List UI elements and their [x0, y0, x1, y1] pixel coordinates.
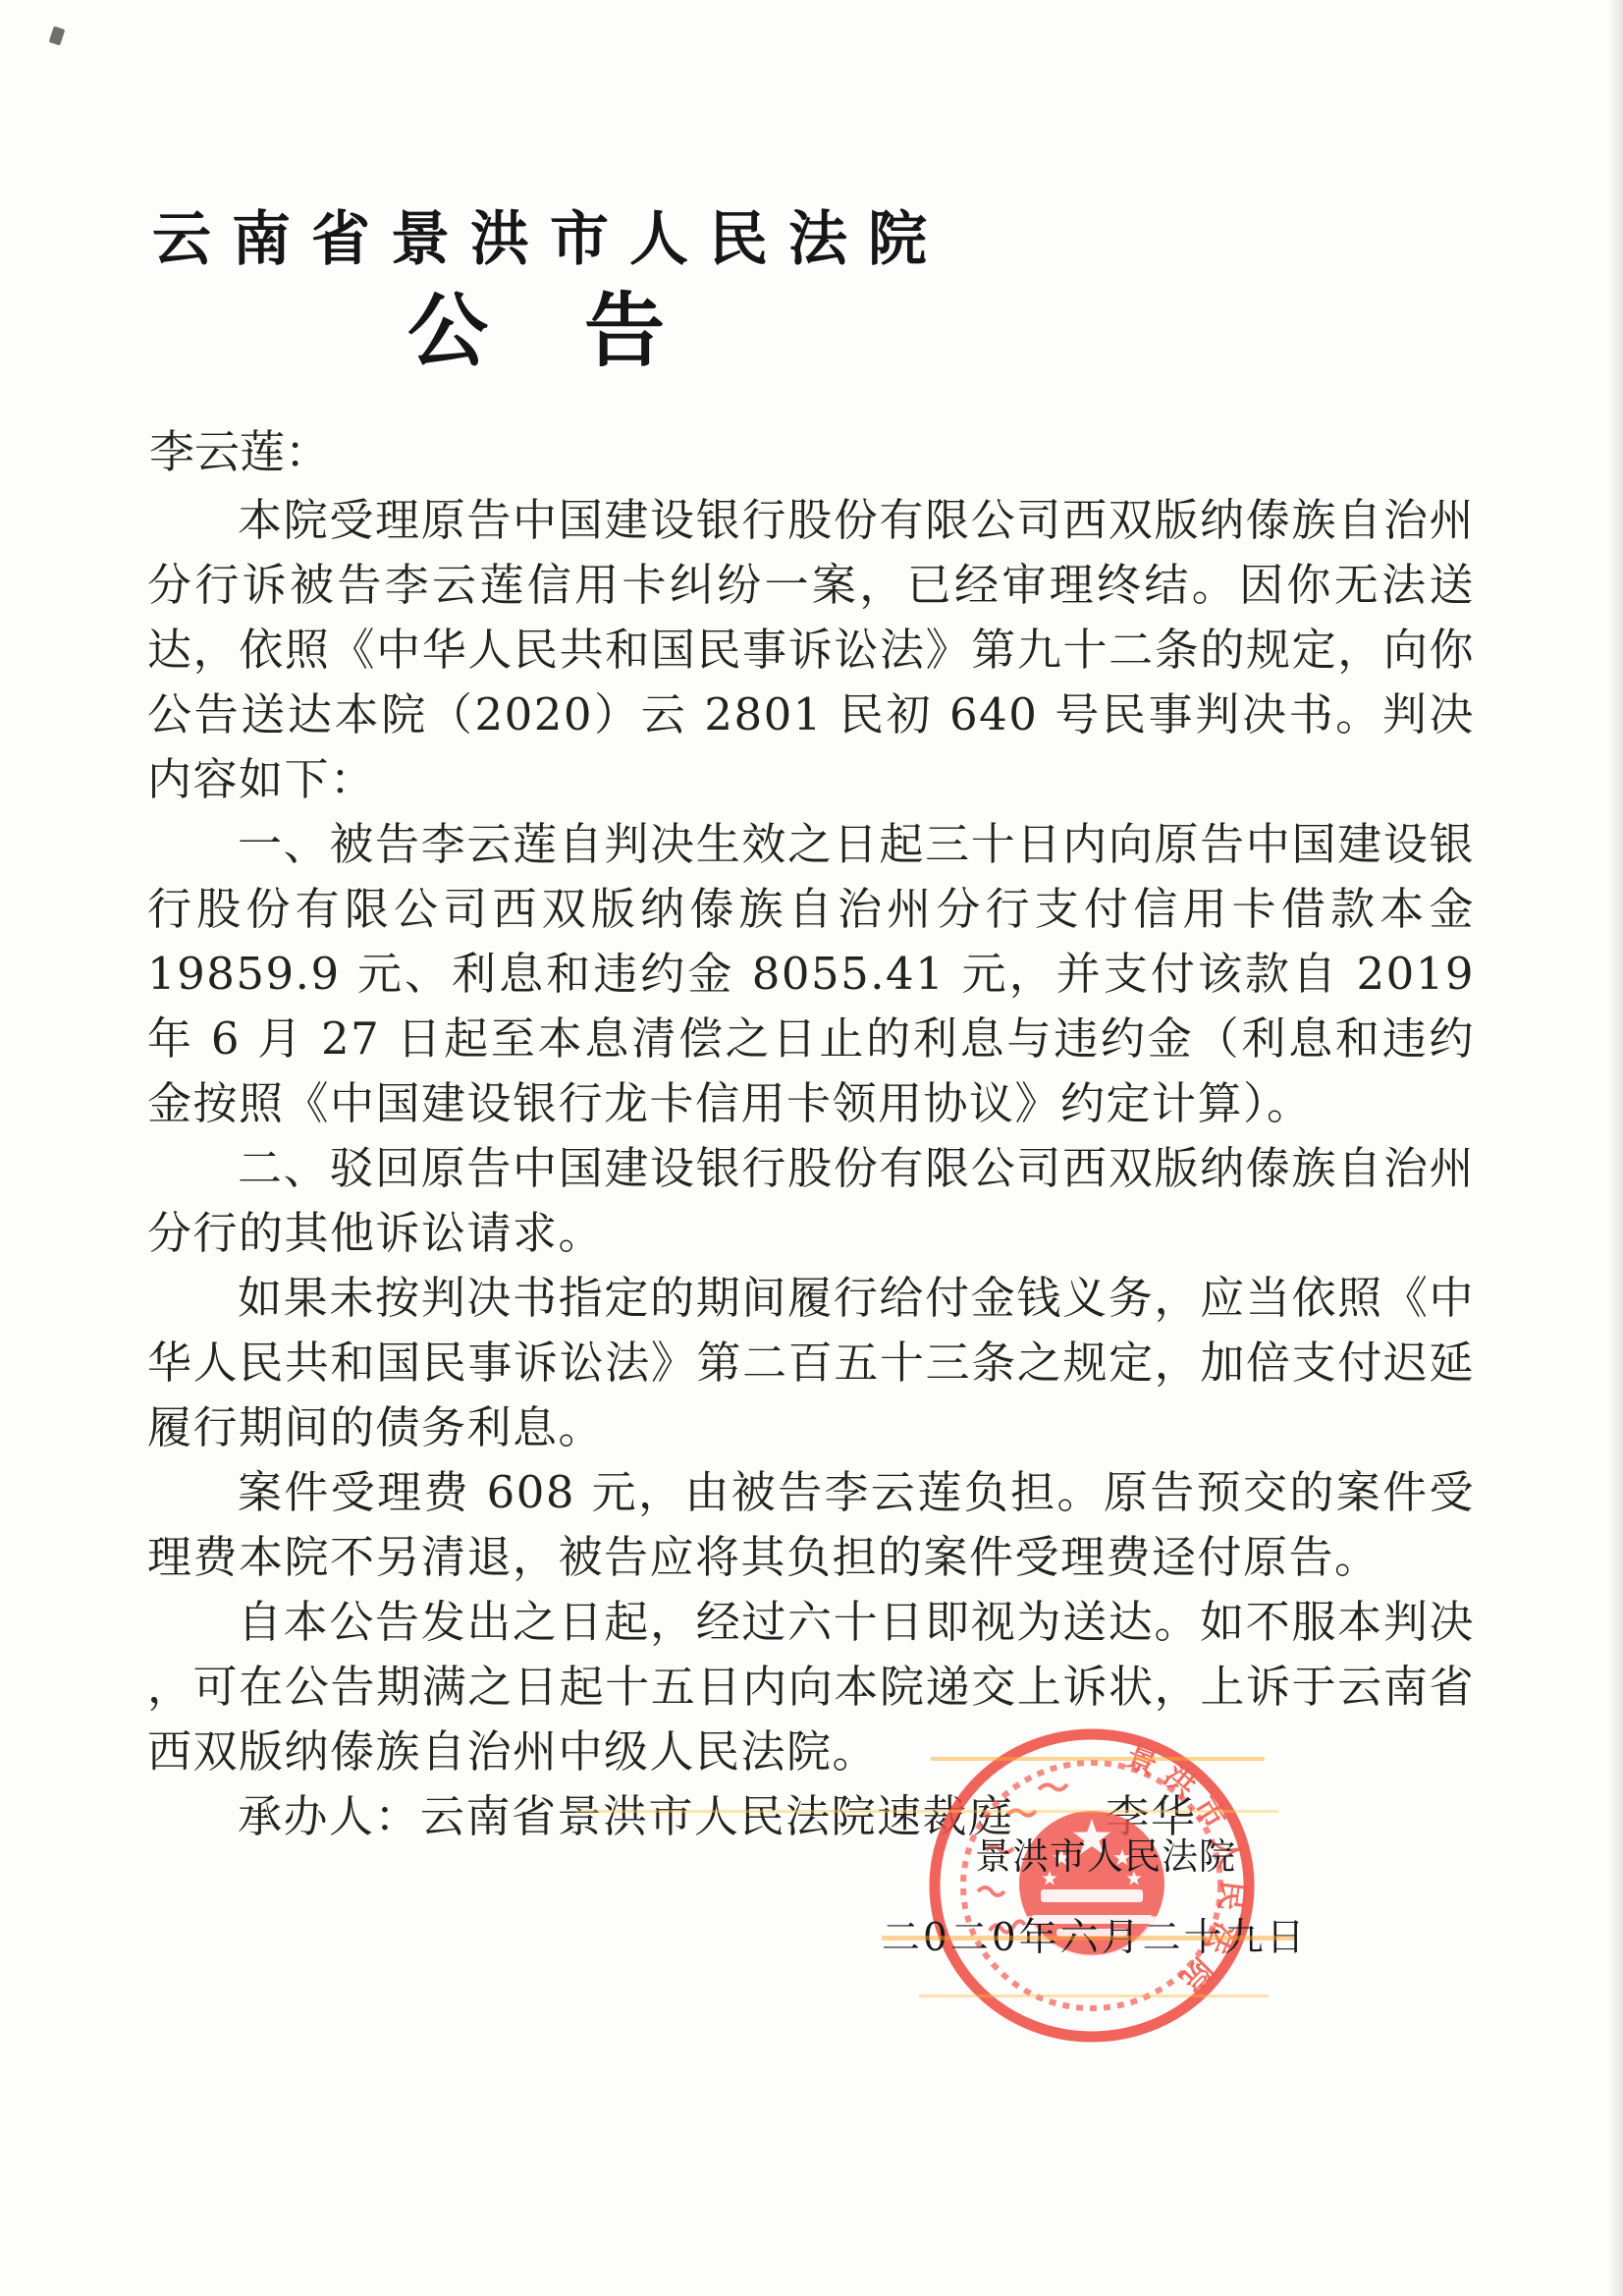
addressee-name: 李云莲： — [149, 416, 330, 481]
paragraph-judgment-item-1: 一、被告李云莲自判决生效之日起三十日内向原告中国建设银行股份有限公司西双版纳傣族… — [147, 812, 1475, 1136]
paragraph-late-performance: 如果未按判决书指定的期间履行给付金钱义务，应当依照《中华人民共和国民事诉讼法》第… — [147, 1266, 1475, 1460]
court-announcement-page: 云南省景洪市人民法院 公 告 李云莲： 本院受理原告中国建设银行股份有限公司西双… — [0, 0, 1623, 2296]
notice-title: 公 告 — [147, 267, 933, 382]
official-seal: 景洪市人民法院 — [921, 1724, 1263, 2054]
scan-edge-shading — [1609, 0, 1623, 2296]
paragraph-service-and-appeal: 自本公告发出之日起，经过六十日即视为送达。如不服本判决 ，可在公告期满之日起十五… — [147, 1590, 1475, 1784]
paragraph-case-summary: 本院受理原告中国建设银行股份有限公司西双版纳傣族自治州分行诉被告李云莲信用卡纠纷… — [147, 488, 1475, 812]
document-body: 本院受理原告中国建设银行股份有限公司西双版纳傣族自治州分行诉被告李云莲信用卡纠纷… — [147, 488, 1475, 1849]
scan-artifact-mark — [49, 27, 66, 46]
paragraph-court-fee: 案件受理费 608 元，由被告李云莲负担。原告预交的案件受理费本院不另清退，被告… — [147, 1460, 1475, 1590]
signature-court-name: 景洪市人民法院 — [975, 1827, 1236, 1880]
handler-line: 承办人：云南省景洪市人民法院速裁庭 李华 — [147, 1784, 1475, 1849]
court-title: 云南省景洪市人民法院 — [152, 192, 938, 277]
signature-date: 二0二0年六月二十九日 — [882, 1907, 1308, 1962]
paragraph-judgment-item-2: 二、驳回原告中国建设银行股份有限公司西双版纳傣族自治州分行的其他诉讼请求。 — [147, 1136, 1475, 1266]
